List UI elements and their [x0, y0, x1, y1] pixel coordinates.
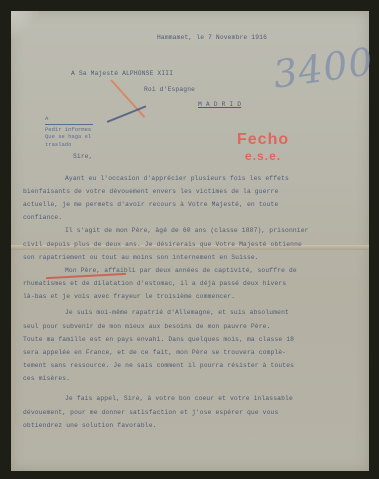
body-line: Je fais appel, Sire, à votre bon coeur e…	[65, 395, 293, 402]
body-line: Toute ma famille est en pays envahi. Dan…	[23, 336, 294, 343]
body-line: bienfaisants de votre dévouement envers …	[23, 188, 278, 195]
red-stamp: Fecho e.s.e.	[237, 131, 289, 163]
letter-page: Hammamet, le 7 Novembre 1916 3400 A Sa M…	[11, 11, 369, 471]
body-line: civil depuis plus de deux ans. Je désire…	[23, 241, 302, 248]
recipient-line-3: M A D R I D	[198, 101, 241, 108]
red-stamp-top: Fecho	[237, 131, 289, 149]
body-line: Mon Père, affaibli par deux années de ca…	[65, 267, 297, 274]
body-line: là-bas et je vois avec frayeur le troisi…	[23, 293, 235, 300]
handwritten-number: 3400	[270, 39, 376, 97]
body-line: Il s'agit de mon Père, âgé de 60 ans (cl…	[65, 227, 309, 234]
body-line: seul pour subvenir de mon mieux aux beso…	[23, 323, 271, 330]
recipient-line-2: Roi d'Espagne	[144, 86, 195, 93]
red-stamp-bottom: e.s.e.	[237, 149, 289, 163]
place-date: Hammamet, le 7 Novembre 1916	[157, 34, 267, 41]
salutation: Sire,	[73, 153, 93, 160]
body-line: confiance.	[23, 214, 62, 221]
blue-stamp-line: Pedir informes	[45, 126, 103, 134]
body-line: obtiendrez une solution favorable.	[23, 422, 157, 429]
blue-stamp-rule	[45, 124, 93, 125]
body-line: dévouement, pour me donner satisfaction …	[23, 409, 278, 416]
blue-stamp-line: Que se haga el	[45, 133, 103, 141]
body-line: Je suis moi-même rapatrié d'Allemagne, e…	[65, 309, 289, 316]
body-line: sera appelée en France, et de ce fait, m…	[23, 349, 286, 356]
body-line: son rapatriement ou tout au moins son in…	[23, 254, 259, 261]
blue-stamp: A Pedir informes Que se haga el traslado	[45, 115, 103, 148]
body-line: actuelle, je me permets d'avoir recours …	[23, 201, 278, 208]
blue-stamp-line: A	[45, 115, 103, 123]
body-line: rhumatismes et de dilatation d'estomac, …	[23, 280, 286, 287]
recipient-line-1: A Sa Majesté ALPHONSE XIII	[71, 70, 173, 77]
body-line: ces misères.	[23, 375, 70, 382]
corner-crease	[11, 11, 39, 39]
blue-stamp-line: traslado	[45, 141, 103, 149]
body-line: tement sans ressource. Je ne sais commen…	[23, 362, 294, 369]
body-line: Ayant eu l'occasion d'apprécier plusieur…	[65, 175, 289, 182]
